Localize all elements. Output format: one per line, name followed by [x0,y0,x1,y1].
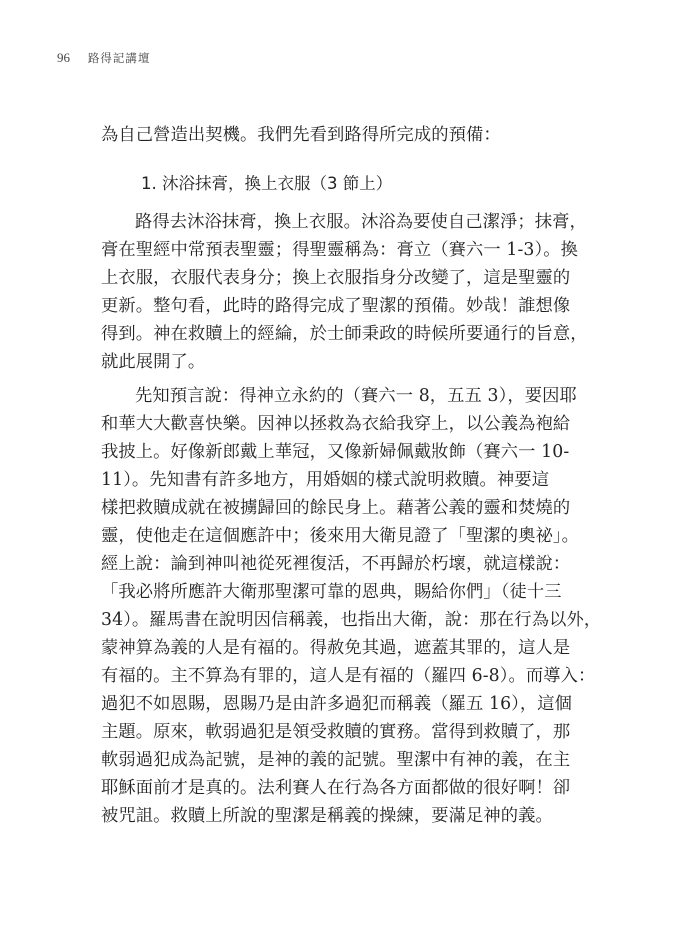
intro-line: 為自己營造出契機。我們先看到路得所完成的預備： [101,120,591,145]
running-header: 96 路得記講壇 [57,50,150,66]
text-line: 靈，使他走在這個應許中；後來用大衛見證了「聖潔的奧祕」。 [101,521,591,546]
text-line: 經上說：論到神叫祂從死裡復活，不再歸於朽壞，就這樣說： [101,549,591,574]
text-line: 路得去沐浴抹膏，換上衣服。沐浴為要使自己潔淨；抹膏， [135,207,625,232]
text-line: 有福的。主不算為有罪的，這人是有福的（羅四 6-8）。而導入： [101,661,591,686]
text-line: 蒙神算為義的人是有福的。得赦免其過，遮蓋其罪的，這人是 [101,633,591,658]
text-line: 軟弱過犯成為記號，是神的義的記號。聖潔中有神的義，在主 [101,745,591,770]
text-line: 膏在聖經中常預表聖靈；得聖靈稱為：膏立（賽六一 1-3）。換 [101,235,591,260]
text-line: 耶穌面前才是真的。法利賽人在行為各方面都做的很好啊！卻 [101,773,591,798]
text-line: 上衣服，衣服代表身分；換上衣服指身分改變了，這是聖靈的 [101,263,591,288]
text-line: 得到。神在救贖上的經綸，於士師秉政的時候所要通行的旨意， [101,319,591,344]
text-line: 我披上。好像新郎戴上華冠，又像新婦佩戴妝飾（賽六一 10- [101,437,591,462]
section-heading: 1. 沐浴抹膏，換上衣服（3 節上） [141,170,392,194]
text-line: 被咒詛。救贖上所說的聖潔是稱義的操練，要滿足神的義。 [101,801,591,826]
text-line: 先知預言說：得神立永約的（賽六一 8，五五 3），要因耶 [135,381,625,406]
text-line: 和華大大歡喜快樂。因神以拯救為衣給我穿上，以公義為袍給 [101,409,591,434]
book-title: 路得記講壇 [88,51,151,65]
text-line: 樣把救贖成就在被擄歸回的餘民身上。藉著公義的靈和焚燒的 [101,493,591,518]
text-line: 34）。羅馬書在說明因信稱義，也指出大衛，說：那在行為以外， [101,605,591,630]
text-line: 主題。原來，軟弱過犯是領受救贖的實務。當得到救贖了，那 [101,717,591,742]
text-line: 「我必將所應許大衛那聖潔可靠的恩典，賜給你們」（徒十三 [101,577,591,602]
text-line: 就此展開了。 [101,347,591,372]
text-line: 11）。先知書有許多地方，用婚姻的樣式說明救贖。神要這 [101,465,591,490]
text-line: 過犯不如恩賜，恩賜乃是由許多過犯而稱義（羅五 16），這個 [101,689,591,714]
text-line: 更新。整句看，此時的路得完成了聖潔的預備。妙哉！誰想像 [101,291,591,316]
page-number: 96 [57,50,70,65]
